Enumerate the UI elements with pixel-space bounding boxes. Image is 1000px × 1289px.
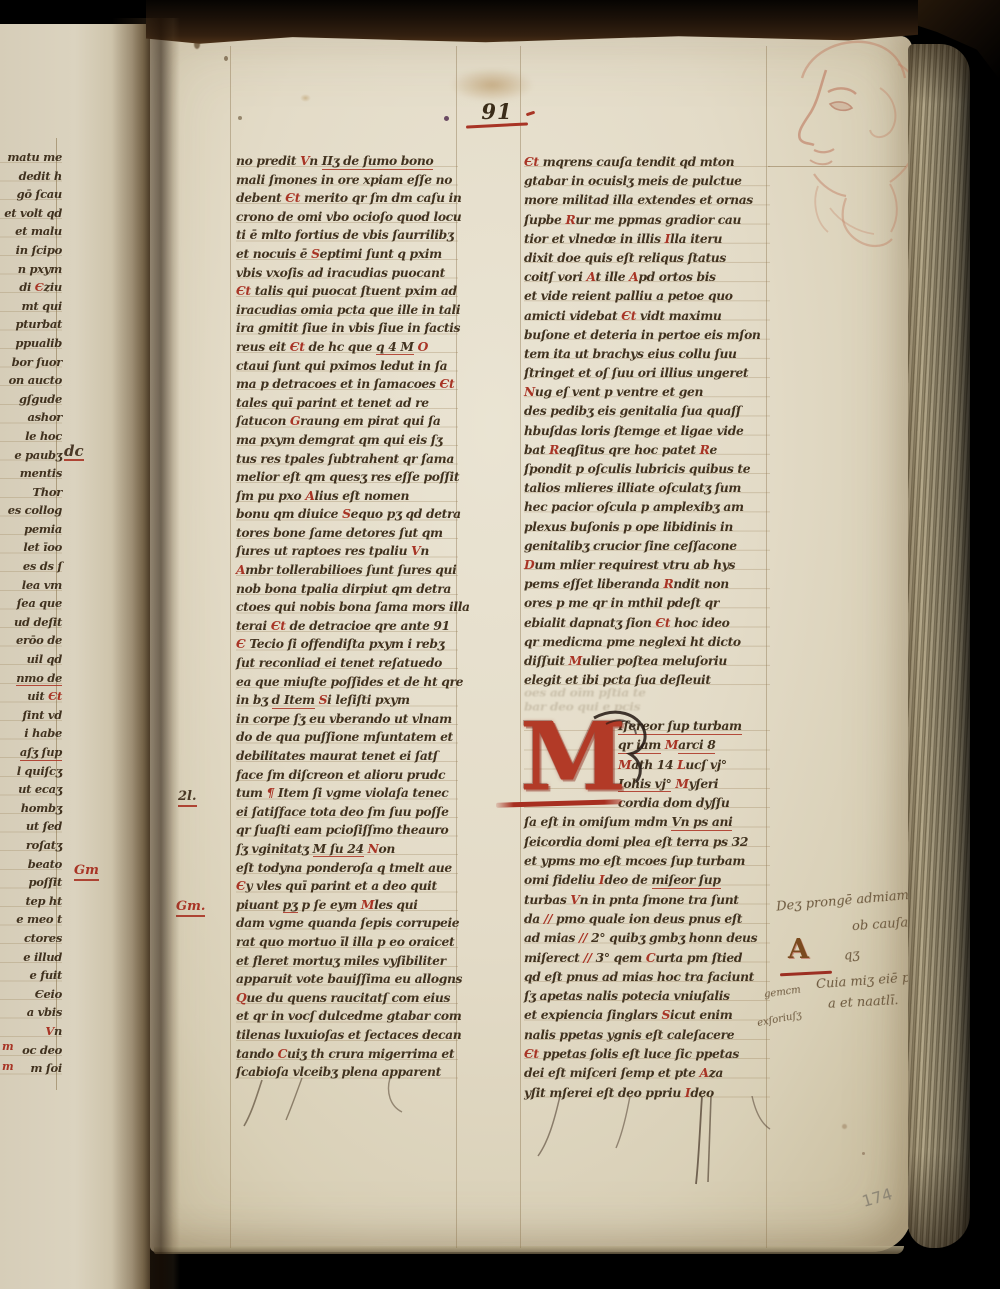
text-line: dam vgme quanda ſepis corrupeie <box>236 914 458 933</box>
text-line: Thor <box>0 483 62 502</box>
ruling-line-col1-left <box>230 46 231 1248</box>
text-line: et vide reient palliu a petoe quo <box>524 286 770 305</box>
text-line: tior et vlnedœ in illis Illa iteru <box>524 229 770 248</box>
text-line: ſut reconliad ei tenet reſatuedo <box>236 654 458 673</box>
text-line: tando Cuiʒ th crura migerrima et <box>236 1045 458 1064</box>
text-line: tum ¶ Item ſi vgme violaſa tenec <box>236 784 458 803</box>
margin-mark: Gm <box>74 864 99 881</box>
text-line: ſʒ vginitatʒ M ſu 24 Non <box>236 840 458 859</box>
text-line: Que du quens raucitatſ com eius <box>236 989 458 1008</box>
text-line: ſeicordia domi plea eſt terra ps 32 <box>524 832 770 851</box>
initial-m-pen-flourish <box>586 708 656 788</box>
col2-descender-flourishes <box>530 1096 774 1191</box>
text-line: debent Єt merito qr ſm dm caſu in <box>236 189 458 208</box>
text-line: ctoes qui nobis bona ſama mors illa <box>236 598 458 617</box>
text-line: e illud <box>0 948 62 967</box>
text-line: aſʒ ſup <box>0 743 62 762</box>
margin-abbreviation: qʒ <box>843 947 860 964</box>
text-line: vbis vxoſis ad iracudias puocant <box>236 264 458 283</box>
text-line: tep ht <box>0 892 62 911</box>
text-line: ma pxym demgrat qm qui eis ſʒ <box>236 431 458 450</box>
text-line: piuant pʒ p ſe eym Mles qui <box>236 896 458 915</box>
text-line: ſʒ apetas nalis potecia vniuſalis <box>524 986 770 1005</box>
text-line: miſerect // 3° qem Curta pm ſtied <box>524 948 770 967</box>
text-line: Єy vles quī parint et a deo quit <box>236 877 458 896</box>
text-line: in bʒ d Item Si leſiſti pxym <box>236 691 458 710</box>
facing-sliver-column: matu mededit hgō ſcauet volt qdet maluin… <box>0 148 62 1078</box>
text-line: ſatucon Graung em pirat qui ſa <box>236 412 458 431</box>
text-column-1: no predit Vn IIʒ de ſumo bonomali ſmones… <box>236 152 458 1082</box>
margin-initial-a: A <box>788 936 809 964</box>
text-line: es ds ſ <box>0 557 62 576</box>
text-line: gſgude <box>0 390 62 409</box>
text-line: bonu qm diuice Sequo pʒ qd detra <box>236 505 458 524</box>
text-line: et volt qd <box>0 204 62 223</box>
text-line: turbas Vn in pnta ſmone tra ſunt <box>524 890 770 909</box>
text-line: nob bona tpalia dirpiut qm detra <box>236 580 458 599</box>
text-line: tus res tpales ſubtrahent qr ſama <box>236 450 458 469</box>
text-line: bor ſuor <box>0 353 62 372</box>
text-line: plexus buſonis p ope libidinis in <box>524 517 770 536</box>
text-line: ad mias // 2° quibʒ gmbʒ honn deus <box>524 928 770 947</box>
text-line: ſea que <box>0 594 62 613</box>
text-line: et malu <box>0 222 62 241</box>
text-line: crono de omi vbo ocioſo quod locu <box>236 208 458 227</box>
text-line: es collog <box>0 501 62 520</box>
text-line: Єeio <box>0 985 62 1004</box>
text-line: qd eſt pnus ad mias hoc tra faciunt <box>524 967 770 986</box>
text-line: roſatʒ <box>0 836 62 855</box>
margin-mark: dc <box>64 444 84 461</box>
text-line: Єt ppetas ſolis eſt luce ſic ppetas <box>524 1044 770 1063</box>
text-line: di Єziu <box>0 278 62 297</box>
text-line: Єt mqrens cauſa tendit qd mton <box>524 152 770 171</box>
text-line: no predit Vn IIʒ de ſumo bono <box>236 152 458 171</box>
text-line: erōo de <box>0 631 62 650</box>
text-line: tales quī parint et tenet ad re <box>236 394 458 413</box>
text-line: Dum mlier requirest vtru ab hys <box>524 555 770 574</box>
text-line: ſa eſt in omiſum mdm Vn ps ani <box>524 812 770 831</box>
text-line: qr medicma pme neglexi ht dicto <box>524 632 770 651</box>
text-line: Vn <box>0 1022 62 1041</box>
page-bottom-edge <box>154 1246 904 1254</box>
text-line: ut ſed <box>0 817 62 836</box>
text-line: e paubʒ <box>0 446 62 465</box>
page-number: 91 <box>462 100 532 124</box>
text-line: l quiſcʒ <box>0 762 62 781</box>
text-line: in corpe ſʒ eu vberando ut vlnam <box>236 710 458 729</box>
text-line: do de qua puſſione mſuntatem et <box>236 728 458 747</box>
text-line: face ſm diſcreon et alioru prudc <box>236 766 458 785</box>
text-line: uil qd <box>0 650 62 669</box>
margin-mark: m <box>2 1060 14 1074</box>
text-line: des pedibʒ eis genitalia ſua quaſſ <box>524 401 770 420</box>
margin-mark: 2l. <box>178 790 197 807</box>
text-line: ashor <box>0 408 62 427</box>
text-line: tem ita ut brachys eius collu ſuu <box>524 344 770 363</box>
margin-mark: m <box>2 1040 14 1054</box>
text-line: dixit doe quis eſt reliqus ſtatus <box>524 248 770 267</box>
text-line: nalis ppetas ygnis eſt caleſacere <box>524 1025 770 1044</box>
text-line: ebialit dapnatʒ ſion Єt hoc ideo <box>524 613 770 632</box>
text-line: ſint vd <box>0 706 62 725</box>
text-line: uit Єt <box>0 687 62 706</box>
text-line: nmo de <box>0 669 62 688</box>
text-line: Ambr tollerabilioes ſunt ſures qui <box>236 561 458 580</box>
text-line: et qr in vocſ dulcedme gtabar com <box>236 1007 458 1026</box>
text-line: da // pmo quale ion deus pnus eſt <box>524 909 770 928</box>
text-line: ſpondit p oſculis lubricis quibus te <box>524 459 770 478</box>
text-line: terai Єt de detracioe qre ante 91 <box>236 617 458 636</box>
text-line: pemia <box>0 520 62 539</box>
text-line: ſures ut raptoes res tpaliu Vn <box>236 542 458 561</box>
text-line: qr ſuaſti eam pcioſiſſmo theauro <box>236 821 458 840</box>
text-line: Єt talis qui puocat ſtuent pxim ad <box>236 282 458 301</box>
text-line: mt qui <box>0 297 62 316</box>
text-line: n pxym <box>0 260 62 279</box>
text-line: ctaui ſunt qui pximos ledut in ſa <box>236 357 458 376</box>
text-line: Є Tecio ſi offendiſta pxym i rebʒ <box>236 635 458 654</box>
text-line: amicti videbat Єt vidt maximu <box>524 306 770 325</box>
text-line: et expiencia ſinglars Sicut enim <box>524 1005 770 1024</box>
text-line: genitalibʒ crucior ſine ceſſacone <box>524 536 770 555</box>
text-line: pturbat <box>0 315 62 334</box>
text-line: reus eit Єt de hc que q 4 M O <box>236 338 458 357</box>
text-line: mali ſmones in ore xpiam eſſe no <box>236 171 458 190</box>
page-number-block: 91 <box>462 100 532 127</box>
text-line: ſm pu pxo Alius eſt nomen <box>236 487 458 506</box>
text-line: ores p me qr in mthil pdeſt qr <box>524 593 770 612</box>
text-line: ma p detracoes et in ſamacoes Єt <box>236 375 458 394</box>
text-line: beato <box>0 855 62 874</box>
text-line: in ſcipo <box>0 241 62 260</box>
text-line: hec pacior oſcula p amplexibʒ am <box>524 497 770 516</box>
text-line: hombʒ <box>0 799 62 818</box>
text-line: more militad illa extendes et ornas <box>524 190 770 209</box>
text-line: gtabar in ocuislʒ meis de pulctue <box>524 171 770 190</box>
text-line: iracudias omia pcta que ille in tali <box>236 301 458 320</box>
text-line: i habe <box>0 724 62 743</box>
text-line: rat quo mortuo īl illa p eo oraicet <box>236 933 458 952</box>
text-line: melior eſt qm quesʒ res eſſe poſſit <box>236 468 458 487</box>
margin-mark: Gm. <box>176 900 205 917</box>
text-line: mentis <box>0 464 62 483</box>
page-number-dot-left <box>444 116 449 121</box>
text-column-2-lower: M Iſereor ſup turbamqr iam Marci 8Math 1… <box>524 716 770 1102</box>
text-line: ppualib <box>0 334 62 353</box>
text-line: ctores <box>0 929 62 948</box>
text-line: coitſ vori At ille Apd ortos bis <box>524 267 770 286</box>
book-fore-edge <box>908 44 970 1248</box>
text-line: hbuſdas loris ſtemge et ligae vide <box>524 421 770 440</box>
text-line: ſupbe Rur me ppmas gradior cau <box>524 210 770 229</box>
text-line: on aucto <box>0 371 62 390</box>
text-line: dedit h <box>0 167 62 186</box>
text-line: e meo t <box>0 910 62 929</box>
text-line: et nocuis ē Septimi ſunt q pxim <box>236 245 458 264</box>
text-column-2-upper: Єt mqrens cauſa tendit qd mtongtabar in … <box>524 152 770 689</box>
text-line: dei eſt miſceri ſemp et pte Aza <box>524 1063 770 1082</box>
text-line: bat Reqſitus qre hoc patet Re <box>524 440 770 459</box>
text-line: gō ſcau <box>0 185 62 204</box>
text-line: oes ad oīm pſtia te <box>524 687 770 700</box>
col1-descender-flourishes <box>240 1078 460 1130</box>
text-line: diſſuit Mulier poſtea meluſoriu <box>524 651 770 670</box>
text-line: lea vm <box>0 576 62 595</box>
text-line: et ypms mo eſt mcoes ſup turbam <box>524 851 770 870</box>
text-line: tores bone ſame detores ſut qm <box>236 524 458 543</box>
text-line: pems eſſet liberanda Rndit non <box>524 574 770 593</box>
text-line: buſone et deteria in pertoe eis mſon <box>524 325 770 344</box>
text-line: tilenas luxuioſas et ſectaces decan <box>236 1026 458 1045</box>
text-line: a vbis <box>0 1003 62 1022</box>
text-line: ei ſatiſface tota deo ſm ſuu poſſe <box>236 803 458 822</box>
manuscript-photo: matu mededit hgō ſcauet volt qdet maluin… <box>0 0 1000 1289</box>
text-line: ut ecaʒ <box>0 780 62 799</box>
text-line: le hoc <box>0 427 62 446</box>
text-line: et fleret mortuʒ miles vyſibiliter <box>236 952 458 971</box>
text-line: ud deſit <box>0 613 62 632</box>
text-line: omi fideliu Ideo de miſeor ſup <box>524 870 770 889</box>
text-line: e fuit <box>0 966 62 985</box>
text-line: eſt todyna ponderoſa q tmelt aue <box>236 859 458 878</box>
text-line: talios mlieres illiate oſculatʒ ſum <box>524 478 770 497</box>
text-line: matu me <box>0 148 62 167</box>
text-line: apparuit vote bauiſſima eu allogns <box>236 970 458 989</box>
ruling-line-col2-left <box>520 46 521 1248</box>
text-line: Nug eſ vent p ventre et gen <box>524 382 770 401</box>
text-line: ti ē mlto fortius de vbis ſaurrilibʒ <box>236 226 458 245</box>
text-line: ira gmitit ſiue in vbis ſiue in factis <box>236 319 458 338</box>
text-line: ea que miuſte poſſides et de ht qre <box>236 673 458 692</box>
text-line: debilitates maurat tenet ei ſatſ <box>236 747 458 766</box>
text-line: let īoo <box>0 538 62 557</box>
text-line: poſſit <box>0 873 62 892</box>
text-line: ſtringet et oſ ſuu ori illius ungeret <box>524 363 770 382</box>
